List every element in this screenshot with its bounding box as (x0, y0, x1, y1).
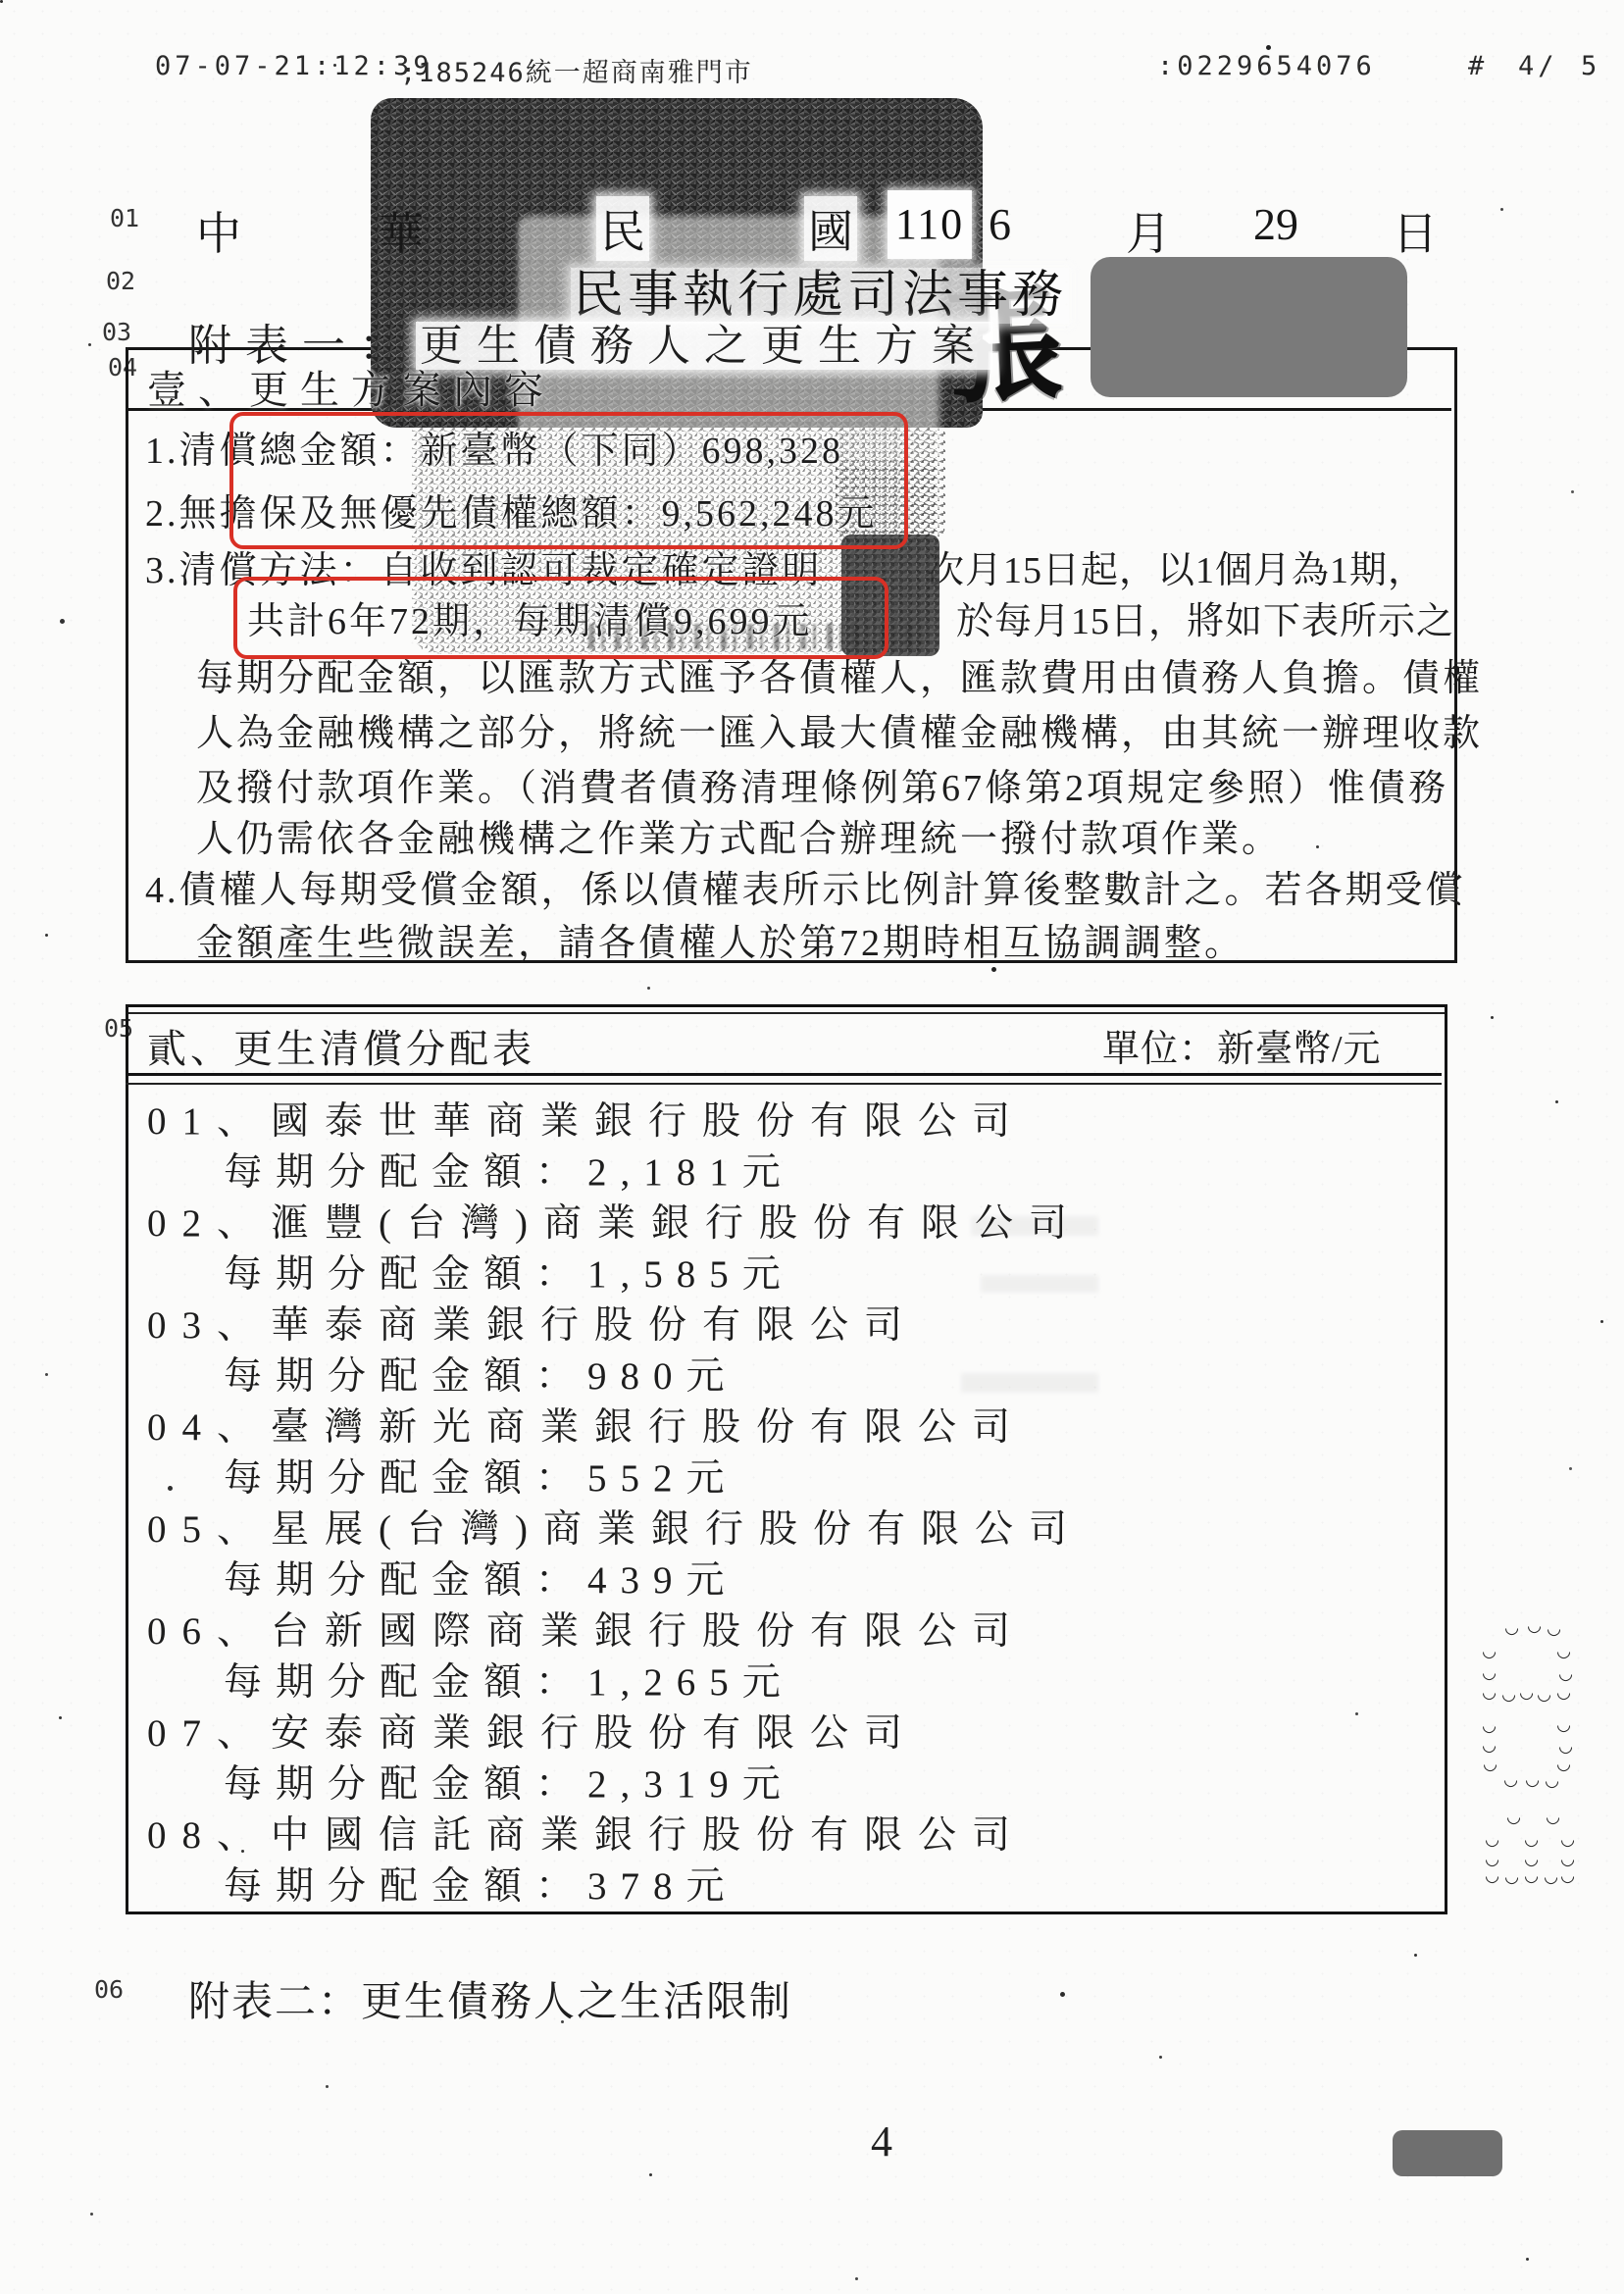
scanned-fax-page: 07-07-21:12:39 ;185246統一超商南雅門市 :02296540… (0, 0, 1624, 2294)
red-highlight-box-totals (229, 412, 908, 549)
fax-station-name: ;185246統一超商南雅門市 (400, 51, 753, 89)
creditor-row-bank: 02、滙豐(台灣)商業銀行股份有限公司 (147, 1193, 1083, 1248)
fax-number: :0229654076 (1157, 51, 1376, 81)
distribution-table-unit: 單位：新臺幣/元 (1102, 1018, 1382, 1072)
date-year-value: 110 (888, 190, 972, 259)
page-number: 4 (871, 2116, 892, 2167)
creditor-row-bank: 01、國泰世華商業銀行股份有限公司 (147, 1091, 1026, 1146)
plan-item4-line1: 4.債權人每期受償金額，係以債權表所示比例計算後整數計之。若各期受償 (145, 859, 1466, 913)
creditor-row-bank: 08、中國信託商業銀行股份有限公司 (147, 1805, 1026, 1860)
plan-item3-line2b: 於每月15日，將如下表所示之 (956, 590, 1454, 644)
plan-item3-line5: 及撥付款項作業。（消費者債務清理條例第67條第2項規定參照）惟債務 (196, 757, 1448, 811)
date-month-value: 6 (989, 198, 1011, 250)
creditor-row-bank: 05、星展(台灣)商業銀行股份有限公司 (147, 1499, 1083, 1554)
fax-page-total: 5 (1581, 51, 1600, 81)
date-char-zhong: 中 (196, 198, 241, 263)
date-char-hua: 華 (379, 198, 424, 263)
fax-hash-symbol: # (1468, 51, 1488, 81)
date-month-label: 月 (1126, 198, 1171, 263)
creditor-row-bank: 06、台新國際商業銀行股份有限公司 (147, 1601, 1026, 1656)
creditor-row-amount: 每期分配金額：2,181元 (224, 1142, 794, 1197)
plan-item3-line6: 人仍需依各金融機構之作業方式配合辦理統一撥付款項作業。 (196, 808, 1282, 862)
margin-line-06: 06 (94, 1975, 124, 2004)
margin-line-03: 03 (102, 318, 131, 346)
distribution-table-title: 貳、更生清償分配表 (147, 1018, 535, 1074)
scan-noise-specks (0, 0, 3, 3)
margin-line-02: 02 (106, 267, 135, 295)
creditor-row-amount: 每期分配金額：1,585元 (224, 1244, 794, 1299)
date-char-min: 民 (596, 196, 649, 261)
date-char-guo: 國 (804, 196, 857, 261)
bottom-right-redaction-box (1393, 2130, 1502, 2176)
creditor-row-bank: 03、華泰商業銀行股份有限公司 (147, 1295, 918, 1350)
plan-table-header: 壹、更生方案內容 (147, 359, 555, 415)
plan-item4-line2: 金額產生些微誤差，請各債權人於第72期時相互協調調整。 (196, 912, 1244, 966)
attachment2-heading: 附表二：更生債務人之生活限制 (188, 1969, 792, 2028)
distribution-table-header-divider (126, 1073, 1442, 1085)
creditor-row-amount: 每期分配金額：378元 (224, 1856, 738, 1911)
date-day-label: 日 (1393, 198, 1438, 263)
fax-timestamp: 07-07-21:12:39 (155, 51, 433, 81)
red-highlight-box-installments (233, 577, 888, 659)
creditor-row-bank: 07、安泰商業銀行股份有限公司 (147, 1703, 918, 1758)
creditor-row-amount: 每期分配金額：980元 (224, 1346, 738, 1401)
creditor-row-amount: 每期分配金額：552元 (224, 1448, 738, 1503)
date-day-value: 29 (1253, 198, 1298, 250)
creditor-row-amount: 每期分配金額：1,265元 (224, 1652, 794, 1707)
margin-line-01: 01 (110, 204, 139, 232)
plan-item3-line1b: 次月15日起，以1個月為1期， (927, 539, 1426, 593)
creditor-row-bank: 04、臺灣新光商業銀行股份有限公司 (147, 1397, 1026, 1452)
creditor-row-amount: 每期分配金額：439元 (224, 1550, 738, 1605)
plan-item3-line4: 人為金融機構之部分，將統一匯入最大債權金融機構，由其統一辦理收款 (196, 702, 1483, 756)
fax-page-current: 4/ (1518, 51, 1558, 81)
name-redaction-box (1091, 257, 1407, 397)
creditor-row-amount: 每期分配金額：2,319元 (224, 1754, 794, 1809)
